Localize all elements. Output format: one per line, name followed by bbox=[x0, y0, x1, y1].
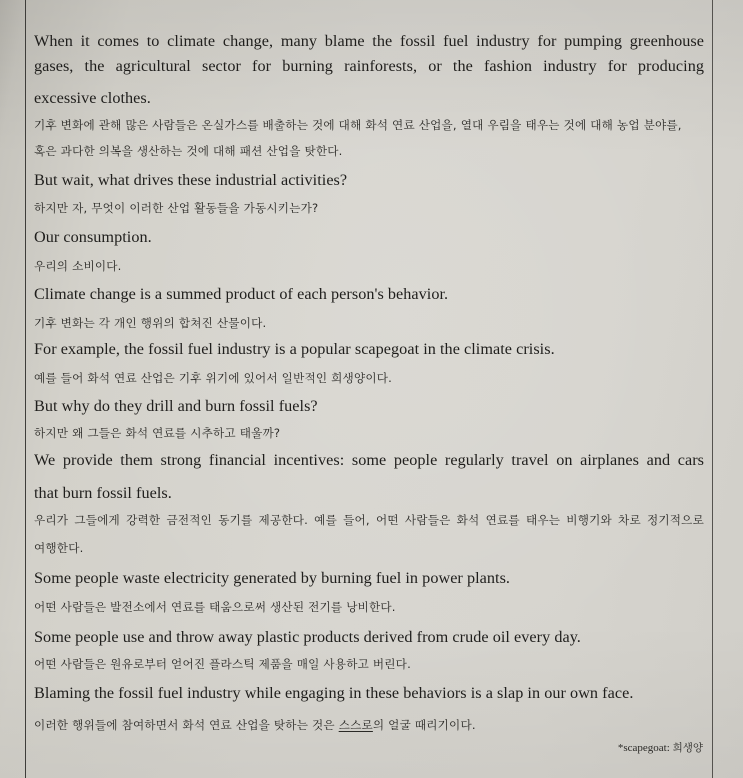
korean-line: 어떤 사람들은 원유로부터 얻어진 플라스틱 제품을 매일 사용하고 버린다. bbox=[34, 656, 411, 672]
english-line: Some people use and throw away plastic p… bbox=[34, 628, 581, 647]
footnote-term: *scapegoat: bbox=[618, 742, 673, 754]
english-line: Blaming the fossil fuel industry while e… bbox=[34, 684, 633, 703]
english-line: excessive clothes. bbox=[34, 89, 151, 108]
korean-line: 이러한 행위들에 참여하면서 화석 연료 산업을 탓하는 것은 스스로의 얼굴 … bbox=[34, 717, 476, 733]
korean-line: 예를 들어 화석 연료 산업은 기후 위기에 있어서 일반적인 희생양이다. bbox=[34, 370, 392, 386]
english-line: that burn fossil fuels. bbox=[34, 484, 172, 503]
english-line: We provide them strong financial incenti… bbox=[34, 451, 704, 470]
english-line: Some people waste electricity generated … bbox=[34, 569, 510, 588]
korean-line: 혹은 과다한 의복을 생산하는 것에 대해 패션 산업을 탓한다. bbox=[34, 143, 343, 159]
korean-line: 우리가 그들에게 강력한 금전적인 동기를 제공한다. 예를 들어, 어떤 사람… bbox=[34, 512, 704, 528]
korean-line: 기후 변화에 관해 많은 사람들은 온실가스를 배출하는 것에 대해 화석 연료… bbox=[34, 117, 682, 133]
text-segment: 이러한 행위들에 참여하면서 화석 연료 산업을 탓하는 것은 bbox=[34, 718, 339, 732]
korean-line: 하지만 자, 무엇이 이러한 산업 활동들을 가동시키는가? bbox=[34, 200, 318, 216]
english-line: gases, the agricultural sector for burni… bbox=[34, 57, 704, 76]
english-line: Climate change is a summed product of ea… bbox=[34, 285, 448, 304]
footnote-meaning: 희생양 bbox=[673, 742, 703, 754]
english-line: For example, the fossil fuel industry is… bbox=[34, 340, 555, 359]
english-line: But wait, what drives these industrial a… bbox=[34, 171, 347, 190]
korean-line: 하지만 왜 그들은 화석 연료를 시추하고 태울까? bbox=[34, 425, 280, 441]
english-line: But why do they drill and burn fossil fu… bbox=[34, 397, 318, 416]
english-line: When it comes to climate change, many bl… bbox=[34, 32, 704, 51]
korean-line: 여행한다. bbox=[34, 540, 83, 556]
footnote: *scapegoat: 희생양 bbox=[618, 740, 703, 755]
text-segment: 의 얼굴 때리기이다. bbox=[373, 718, 476, 732]
english-line: Our consumption. bbox=[34, 228, 152, 247]
korean-line: 어떤 사람들은 발전소에서 연료를 태움으로써 생산된 전기를 낭비한다. bbox=[34, 599, 396, 615]
korean-line: 기후 변화는 각 개인 행위의 합쳐진 산물이다. bbox=[34, 315, 266, 331]
underlined-word: 스스로 bbox=[339, 718, 373, 732]
korean-line: 우리의 소비이다. bbox=[34, 258, 122, 274]
